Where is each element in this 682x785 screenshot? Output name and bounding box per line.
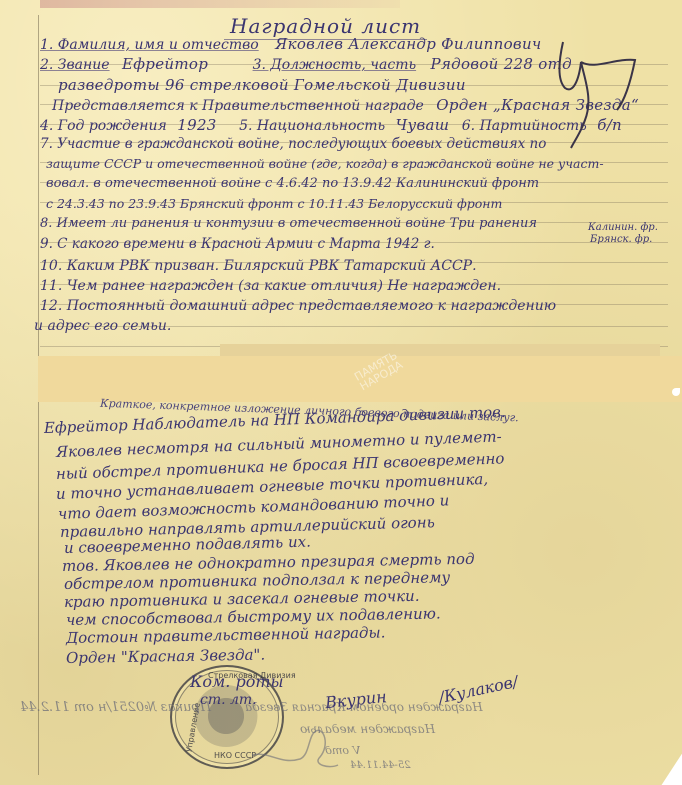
field-award-nominated: Представляется к Правительственной награ…	[52, 97, 639, 114]
redacted-area	[220, 344, 660, 356]
field-war-participation-cont: вовал. в отечественной войне с 4.6.42 по…	[46, 176, 539, 192]
field-home-address: 12. Постоянный домашний адрес представля…	[40, 298, 556, 314]
paper-stain	[40, 0, 400, 8]
field-draft-office: 10. Каким РВК призван. Билярский РВК Тат…	[40, 258, 477, 274]
field-birth-nationality-party: 4. Год рождения 1923 5. Национальность Ч…	[40, 117, 622, 134]
page-edge-mark	[672, 388, 680, 396]
approval-checkmark-icon	[555, 40, 645, 150]
field-label: 1. Фамилия, имя и отчество	[40, 37, 259, 53]
award-sheet: Наградной лист 1. Фамилия, имя и отчеств…	[0, 0, 682, 785]
field-war-participation-cont: с 24.3.43 по 23.9.43 Брянский фронт с 10…	[46, 196, 502, 212]
signature-position: Ком. роты	[190, 672, 284, 691]
field-value: Чуваш	[396, 116, 450, 134]
field-family-address: и адрес его семьи.	[34, 318, 171, 334]
field-label: Представляется к Правительственной награ…	[52, 98, 424, 114]
field-army-since: 9. С какого времени в Красной Армии с Ма…	[40, 236, 435, 252]
wounds-margin-note: Калинин. фр.	[588, 222, 658, 233]
signature-rank: ст. лт.	[200, 692, 257, 708]
field-unit: разведроты 96 стрелковой Гомельской Диви…	[58, 77, 466, 94]
field-previous-awards: 11. Чем ранее награжден (за какие отличи…	[40, 278, 501, 294]
narrative-line: Достоин правительственной награды.	[66, 624, 386, 646]
field-value: Ефрейтор	[122, 55, 208, 73]
narrative-line: Орден "Красная Звезда".	[66, 647, 265, 666]
field-label: 4. Год рождения	[40, 118, 167, 134]
field-rank-position: 2. Звание Ефрейтор 3. Должность, часть Р…	[40, 56, 572, 73]
wounds-margin-note: Брянск. фр.	[590, 234, 652, 245]
field-label: 5. Национальность	[239, 118, 385, 134]
field-value: 1923	[177, 116, 216, 134]
field-war-participation-cont: защите СССР и отечественной войне (где, …	[46, 156, 604, 172]
field-wounds: 8. Имеет ли ранения и контузии в отечест…	[40, 216, 537, 232]
pencil-scribble-icon	[250, 725, 340, 775]
field-war-participation: 7. Участие в гражданской войне, последую…	[40, 136, 546, 152]
field-value: Яковлев Александр Филиппович	[275, 35, 541, 53]
field-label: 2. Звание	[40, 57, 110, 73]
pencil-note-date: 25-44.11.44	[350, 760, 411, 771]
field-value: Рядовой 228 отд	[431, 55, 572, 73]
field-value: разведроты 96 стрелковой Гомельской Диви…	[58, 76, 466, 94]
field-full-name: 1. Фамилия, имя и отчество Яковлев Алекс…	[40, 36, 542, 53]
pencil-note-order: Приказ №0251/н от 11.2.44	[20, 700, 211, 715]
field-label: 3. Должность, часть	[253, 57, 417, 73]
